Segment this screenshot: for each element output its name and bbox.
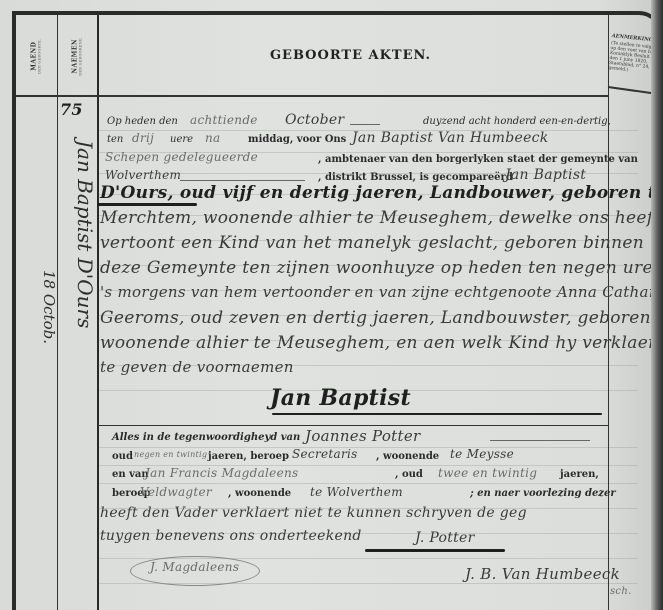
handwritten-line: Geeroms, oud zeven en dertig jaeren, Lan… [100,308,663,328]
signature-flourish [365,549,505,552]
handwritten-official-title: Schepen gedelegueerde [105,150,258,164]
printed-text: en van [112,469,149,480]
margin-birth-date: 18 Octob. [40,270,58,344]
printed-text: Op heden den [107,116,178,127]
printed-text: , distrikt Brussel, is gecompareërd [318,172,513,183]
handwritten-month: October [285,112,344,128]
handwritten-closing-line: heeft den Vader verklaert niet te kunnen… [100,505,527,521]
printed-text: , woonende [228,488,291,499]
margin-child-name: Jan Baptist D'Ours [73,140,97,328]
signature-flourish [130,556,260,586]
fill-dash [490,440,590,441]
handwritten-witness2-age: twee en twintig [438,466,537,480]
handwritten-witness1-age: negen en twintig [134,450,207,459]
frame-top-border [12,11,624,15]
register-page: MAEND DER GEBOORTE. NAEMEN DER GEBOORENE… [0,0,663,610]
handwritten-witness2-occupation: Veldwagter [140,485,212,499]
handwritten-witness1-residence: te Meysse [450,447,514,461]
column-header-names-sub: DER GEBOORENE. [79,37,83,76]
handwritten-given-name: Jan Baptist [270,385,411,411]
printed-text: Alles in de tegenwoordigheyd van [112,432,300,443]
fill-dash [180,180,305,181]
handwritten-hour: drij [132,131,154,145]
handwritten-closing-line: tuygen benevens ons onderteekend [100,528,362,544]
signature-official: J. B. Van Humbeeck [465,565,620,583]
handwritten-line: te geven de voornaemen [100,358,294,376]
given-name-underline [272,413,602,415]
section-divider [98,425,608,426]
handwritten-line: vertoont een Kind van het manelyk geslac… [100,233,644,253]
header-divider [16,95,608,97]
printed-text: , ambtenaer van den borgerlyken staet de… [318,154,638,165]
handwritten-declarant-line: D'Ours, oud vijf en dertig jaeren, Landb… [100,183,663,203]
book-binding-shadow [651,0,663,610]
handwritten-time-qualifier: na [205,131,220,145]
handwritten-declarant-firstname: Jan Baptist [505,167,586,183]
column-header-names: NAEMEN DER GEBOORENE. [58,18,97,94]
column-divider [97,15,99,610]
signature-official-title: sch. [610,586,632,597]
column-header-month-sub: DER GEBOORTE. [38,38,42,73]
printed-text: ; en naer voorlezing dezer [470,488,616,499]
fill-dash [350,124,380,125]
handwritten-witness2-name: Jan Francis Magdaleens [145,466,298,480]
handwritten-official-name: Jan Baptist Van Humbeeck [352,130,549,146]
page-title: GEBOORTE AKTEN. [98,48,603,63]
printed-text: jaeren, beroep [208,451,289,462]
signature-witness1: J. Potter [415,530,475,546]
ruled-line [98,483,638,484]
column-header-month: MAEND DER GEBOORTE. [16,18,57,94]
entry-number: 75 [60,100,83,119]
printed-text: ten [107,134,123,145]
ruled-line [98,447,638,448]
printed-text: middag, voor Ons [248,134,346,145]
handwritten-line: deze Gemeynte ten zijnen woonhuyze op he… [100,258,663,278]
handwritten-line: Merchtem, woonende alhier te Meuseghem, … [100,208,660,228]
frame-left-border [12,11,16,610]
printed-text: , oud [395,469,423,480]
handwritten-witness1-name: Joannes Potter [305,427,420,445]
handwritten-municipality: Wolverthem [105,168,181,182]
surname-underline [97,203,197,206]
handwritten-line: 's morgens van hem vertoonder en van zij… [100,283,663,301]
handwritten-witness2-residence: te Wolverthem [310,485,403,499]
printed-text: uere [170,134,193,145]
handwritten-day: achttiende [190,113,258,127]
printed-text: jaeren, [560,469,599,480]
handwritten-witness1-occupation: Secretaris [292,447,358,461]
handwritten-line: woonende alhier te Meuseghem, en aen wel… [100,333,663,353]
printed-text: oud [112,451,133,462]
printed-text: , woonende [376,451,439,462]
printed-text: duyzend acht honderd een-en-dertig, [423,116,611,127]
